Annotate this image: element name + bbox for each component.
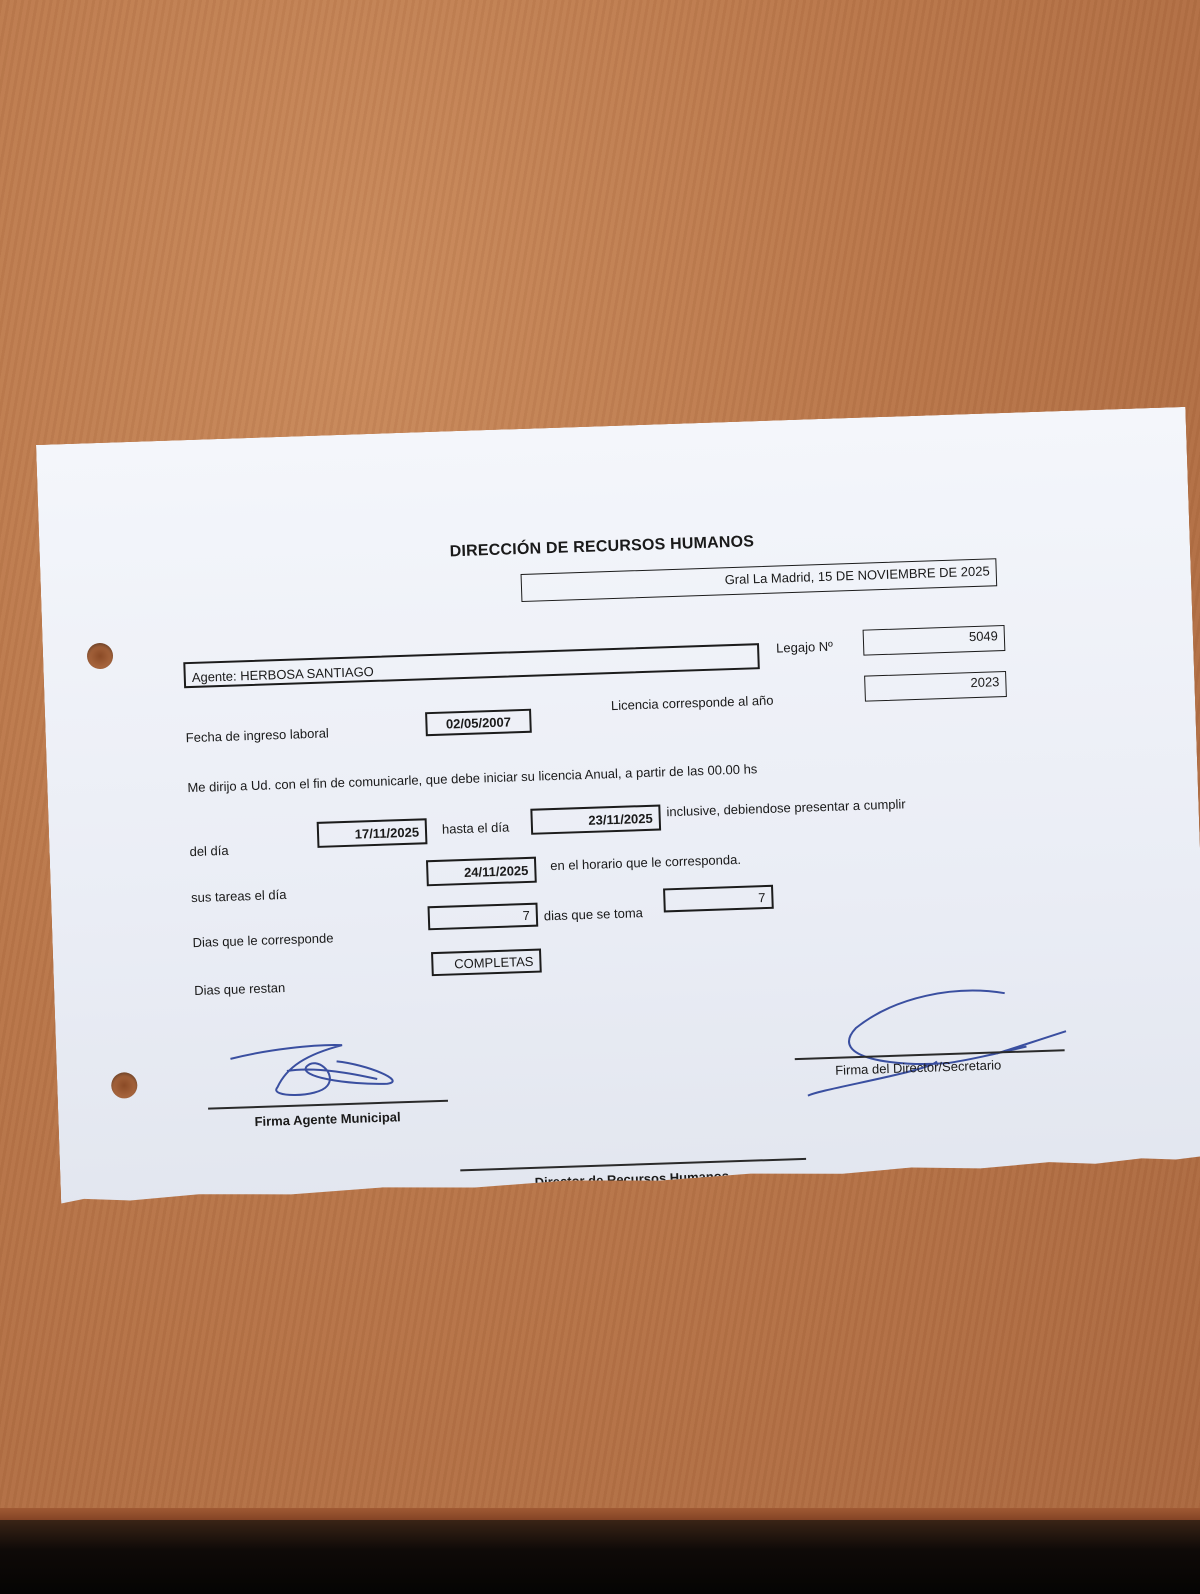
legajo-label: Legajo Nº <box>776 639 833 656</box>
ingreso-field: 02/05/2007 <box>425 709 532 737</box>
document-title: DIRECCIÓN DE RECURSOS HUMANOS <box>449 533 754 561</box>
licencia-anio-field: 2023 <box>864 671 1007 702</box>
inclusive-text: inclusive, debiendose presentar a cumpli… <box>666 796 906 819</box>
rrhh-signature-line <box>460 1158 806 1171</box>
tareas-field: 24/11/2025 <box>426 857 537 887</box>
agent-signature <box>225 1022 428 1109</box>
licencia-anio-label: Licencia corresponde al año <box>611 693 774 713</box>
punch-hole-top <box>87 643 114 670</box>
dias-corresponde-label: Dias que le corresponde <box>192 930 333 950</box>
hasta-label: hasta el día <box>442 820 510 837</box>
dias-toma-field: 7 <box>663 885 774 913</box>
legajo-field: 5049 <box>863 625 1006 656</box>
del-dia-label: del día <box>189 843 229 859</box>
director-rrhh-label: Director de Recursos Humanos <box>534 1168 729 1189</box>
ingreso-label: Fecha de ingreso laboral <box>186 725 330 745</box>
dias-toma-label: dias que se toma <box>544 905 643 923</box>
firma-agente-label: Firma Agente Municipal <box>254 1109 401 1129</box>
dias-restan-field: COMPLETAS <box>431 949 542 977</box>
horario-text: en el horario que le corresponda. <box>550 852 741 873</box>
body-intro-text: Me dirijo a Ud. con el fin de comunicarl… <box>187 761 757 795</box>
dias-restan-label: Dias que restan <box>194 980 286 998</box>
hasta-field: 23/11/2025 <box>530 805 661 835</box>
leave-notice-document: DIRECCIÓN DE RECURSOS HUMANOS Gral La Ma… <box>36 407 1200 1225</box>
punch-hole-bottom <box>111 1072 138 1099</box>
del-dia-field: 17/11/2025 <box>317 818 428 848</box>
dias-corresponde-field: 7 <box>428 903 539 931</box>
agent-field: Agente: HERBOSA SANTIAGO <box>183 643 760 688</box>
floor-shadow <box>0 1520 1200 1594</box>
tareas-label: sus tareas el día <box>191 887 287 905</box>
place-date-field: Gral La Madrid, 15 DE NOVIEMBRE DE 2025 <box>521 558 998 602</box>
